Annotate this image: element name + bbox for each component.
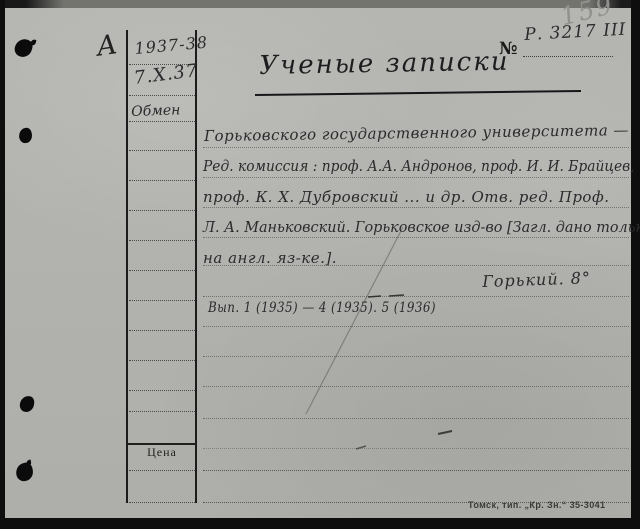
crease-and-specks-overlay bbox=[0, 0, 640, 529]
scanned-catalog-card-page: Цена 159 № Р. 3217 III А 1937-38 7.X.37 … bbox=[0, 0, 640, 529]
